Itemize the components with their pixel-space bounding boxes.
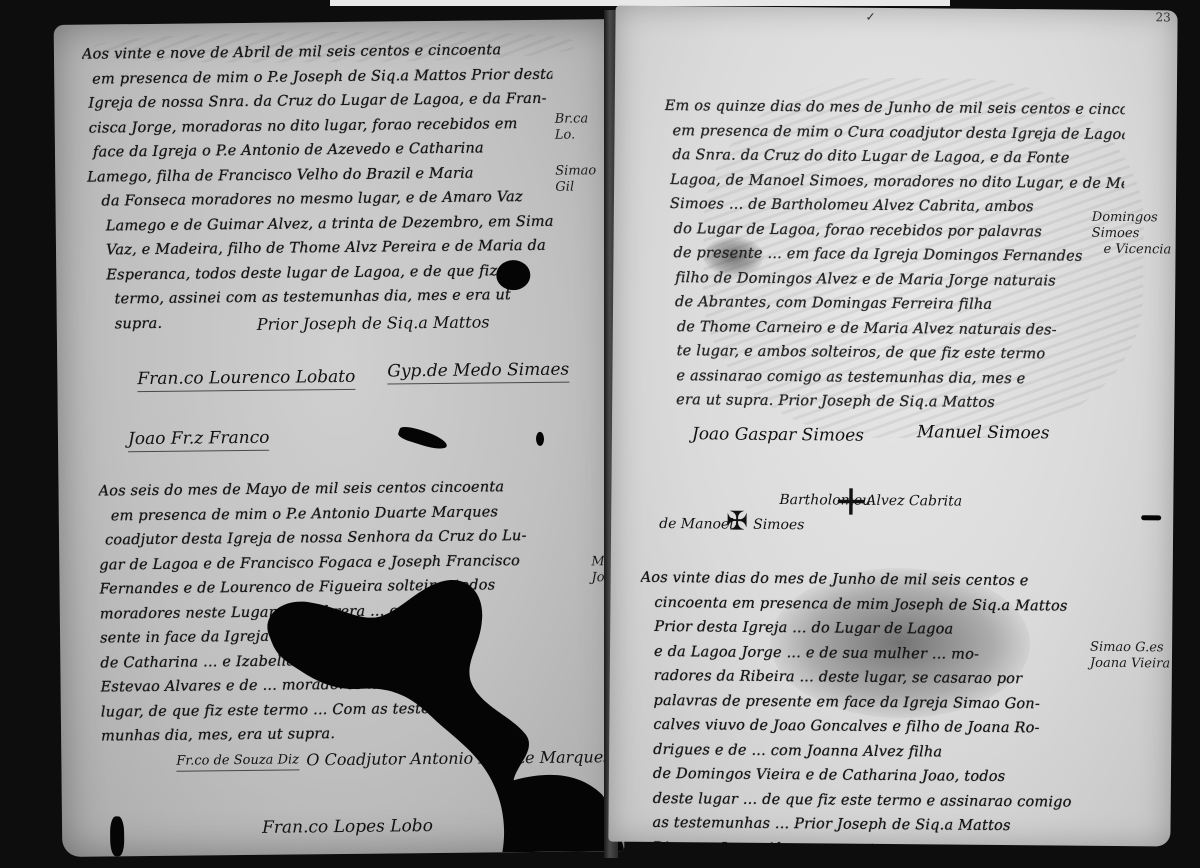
right-page: ✓ 23 Em os quinze dias do mes de Junho d… <box>608 6 1177 847</box>
mark-label-1b: Alvez Cabrita <box>866 493 962 512</box>
mark-label-2b: Simoes <box>753 517 804 535</box>
text-line: era ut supra. Prior Joseph de Siq.a Matt… <box>662 388 1122 417</box>
margin-text: Domingos Simoes <box>1092 210 1176 243</box>
witness-signature-1: Fran.co Lourenco Lobato <box>137 367 355 392</box>
margin-text: Gil <box>555 179 596 195</box>
folio-number: 23 <box>1156 10 1171 24</box>
margin-note-right-2: Simao G.es Joana Vieira <box>1090 640 1170 673</box>
margin-text: Simao <box>555 163 596 179</box>
witness-signature-right-2: Manuel Simoes <box>917 422 1050 445</box>
right-entry-2: Aos vinte dias do mes de Junho de mil se… <box>638 566 1121 847</box>
margin-text: e Vicencia <box>1091 242 1175 259</box>
text-line: de Domingos Vieira e de Catharina Joao, … <box>639 762 1119 791</box>
text-line: Prior desta Igreja ... do Lugar de Lagoa <box>640 615 1120 644</box>
top-mark: ✓ <box>866 10 876 24</box>
witness-signature-right-1: Joao Gaspar Simoes <box>692 424 864 448</box>
text-line: termo, assinei com as testemunhas dia, m… <box>84 283 554 312</box>
witness-signature-2: Gyp.de Medo Simaes <box>387 360 569 385</box>
text-line: Simoes ... de Bartholomeu Alvez Cabrita,… <box>664 192 1124 221</box>
ink-dash <box>1141 515 1161 520</box>
left-page: Aos vinte e nove de Abril de mil seis ce… <box>54 19 625 857</box>
margin-text: Joana Vieira <box>1090 656 1170 673</box>
text-line: Aos vinte dias do mes de Junho de mil se… <box>641 566 1121 595</box>
mark-label-2a: de Manoel <box>659 516 734 535</box>
text-line: face da Igreja o P.e Antonio de Azevedo … <box>83 136 553 165</box>
cross-mark-icon-2: ✠ <box>726 509 748 535</box>
left-entry-1: Aos vinte e nove de Abril de mil seis ce… <box>82 38 555 337</box>
ink-edge-mark <box>110 816 124 856</box>
signature-prior: Prior Joseph de Siq.a Mattos <box>257 312 490 335</box>
text-line: radores da Ribeira ... deste lugar, se c… <box>640 664 1120 693</box>
margin-text: Br.ca <box>555 111 596 127</box>
text-line: da Snra. da Cruz do dito Lugar de Lagoa,… <box>664 143 1124 172</box>
ink-dot <box>536 432 544 446</box>
large-ink-stain <box>249 574 624 855</box>
margin-text: Lo. <box>555 127 596 143</box>
margin-text: Simao G.es <box>1090 640 1170 657</box>
text-line: Em os quinze dias do mes de Junho de mil… <box>665 94 1125 123</box>
witness-signature-3: Joao Fr.z Franco <box>128 428 270 452</box>
text-line: as testemunhas ... Prior Joseph de Siq.a… <box>638 811 1118 840</box>
ink-stroke-blot <box>397 424 449 452</box>
text-line: te lugar, e ambos solteiros, de que fiz … <box>663 339 1123 368</box>
text-line: calves viuvo de Joao Goncalves e filho d… <box>639 713 1119 742</box>
right-entry-1: Em os quinze dias do mes de Junho de mil… <box>662 94 1125 417</box>
text-line: de presente ... em face da Igreja Doming… <box>663 241 1123 270</box>
text-line: de Abrantes, com Domingas Ferreira filha <box>663 290 1123 319</box>
margin-note-left-1: Br.ca Lo. Simao Gil <box>555 111 597 195</box>
cross-mark-icon: + <box>833 479 869 521</box>
margin-note-right-1: Domingos Simoes e Vicencia <box>1091 210 1175 259</box>
